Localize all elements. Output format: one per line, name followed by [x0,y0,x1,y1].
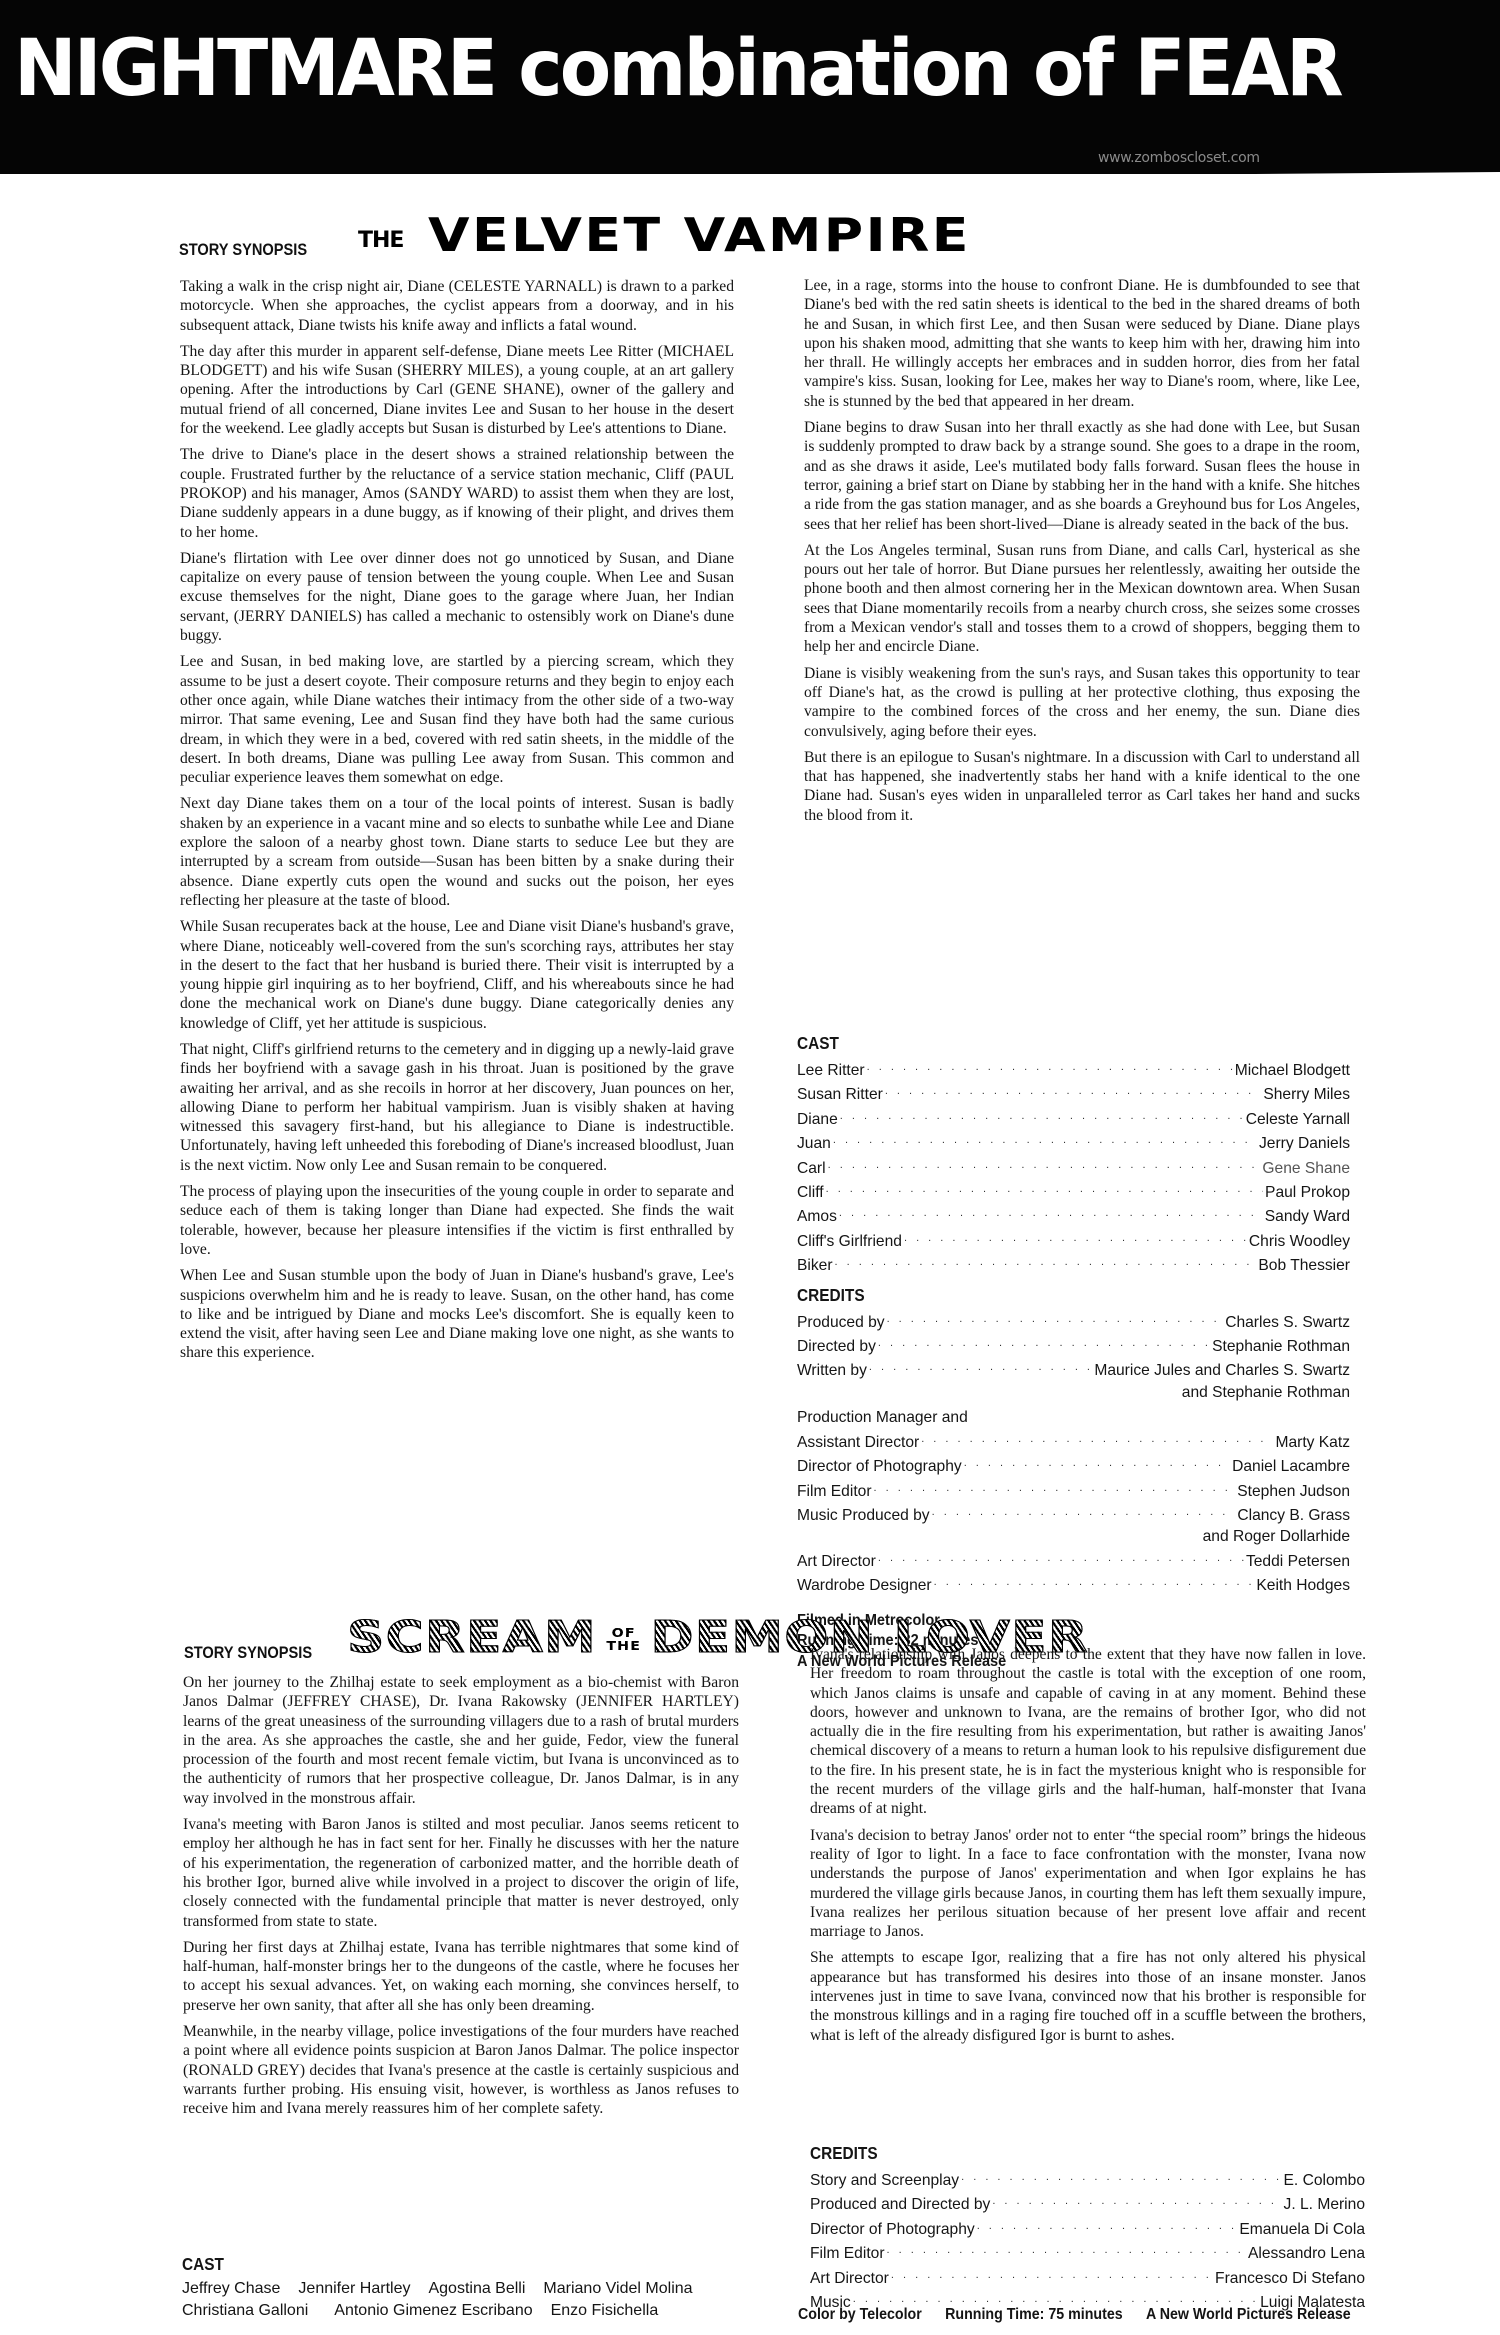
synopsis-paragraph: Taking a walk in the crisp night air, Di… [180,277,734,335]
credit-person: Charles S. Swartz [1225,1312,1350,1333]
cast-row: CliffPaul Prokop [797,1179,1350,1203]
credit-person: Francesco Di Stefano [1215,2268,1365,2289]
dot-leader [833,1130,1257,1151]
credit-role: Art Director [797,1551,876,1572]
cast-actor: Jennifer Hartley [298,2278,410,2300]
story-synopsis-label: STORY SYNOPSIS [184,1643,312,1663]
cast-actor: Chris Woodley [1249,1231,1350,1252]
credit-role: Directed by [797,1336,876,1357]
credit-person: Clancy B. Grass [1237,1505,1350,1526]
dot-leader [840,1106,1244,1127]
credit-continuation: and Roger Dollarhide [797,1526,1350,1547]
cast-actor: Mariano Videl Molina [543,2278,692,2300]
watermark-url: www.zomboscloset.com [1098,150,1260,166]
cast-row: JuanJerry Daniels [797,1130,1350,1154]
dot-leader [828,1155,1261,1176]
cast-role: Juan [797,1133,831,1154]
dot-leader [878,1548,1244,1569]
cast-actor: Celeste Yarnall [1246,1109,1350,1130]
credit-person: Maurice Jules and Charles S. Swartz [1094,1360,1350,1381]
film-title-velvet-vampire: VELVET VAMPIRE [428,213,971,259]
cast-role: Lee Ritter [797,1060,865,1081]
distributor-release: A New World Pictures Release [1146,2306,1351,2323]
synopsis-paragraph: Lee and Susan, in bed making love, are s… [180,652,734,787]
credit-person: Emanuela Di Cola [1239,2219,1365,2240]
credit-row: Assistant DirectorMarty Katz [797,1429,1350,1453]
credit-person: Stephen Judson [1237,1481,1350,1502]
credit-person: Alessandro Lena [1248,2243,1365,2264]
synopsis-paragraph: While Susan recuperates back at the hous… [180,917,734,1033]
cast-row: Susan RitterSherry Miles [797,1081,1350,1105]
synopsis-paragraph: Ivana's relationship with Janos deepens … [810,1645,1366,1819]
cast-actor: Enzo Fisichella [551,2300,659,2322]
dot-leader [885,1081,1262,1102]
running-time: Running Time: 75 minutes [945,2306,1122,2323]
cast-role: Susan Ritter [797,1084,883,1105]
credit-role: Written by [797,1360,867,1381]
dot-leader [904,1228,1247,1249]
synopsis-paragraph: Ivana's decision to betray Janos' order … [810,1826,1366,1942]
credit-row: Written byMaurice Jules and Charles S. S… [797,1357,1350,1381]
dot-leader [839,1203,1263,1224]
title-the: THE [606,1639,641,1653]
credits-heading: CREDITS [797,1285,1284,1306]
cast-list: Jeffrey ChaseJennifer HartleyAgostina Be… [182,2278,802,2322]
credit-role: Produced by [797,1312,885,1333]
dot-leader [961,2167,1281,2188]
credit-person: Daniel Lacambre [1232,1456,1350,1477]
credit-person: E. Colombo [1284,2170,1365,2191]
credit-role: Assistant Director [797,1432,919,1453]
credit-role: Story and Screenplay [810,2170,959,2191]
synopsis-paragraph: But there is an epilogue to Susan's nigh… [804,748,1360,825]
story-synopsis-label: STORY SYNOPSIS [179,240,307,260]
synopsis-paragraph: During her first days at Zhilhaj estate,… [183,1938,739,2015]
credit-row: Film EditorAlessandro Lena [810,2240,1365,2264]
dot-leader [869,1357,1092,1378]
credit-person: J. L. Merino [1284,2194,1365,2215]
synopsis-paragraph: Meanwhile, in the nearby village, police… [183,2022,739,2118]
synopsis-paragraph: On her journey to the Zhilhaj estate to … [183,1673,739,1808]
credit-role: Art Director [810,2268,889,2289]
credits-list: Story and ScreenplayE. Colombo Produced … [810,2167,1365,2313]
credit-continuation: and Stephanie Rothman [797,1382,1350,1403]
cast-role: Cliff's Girlfriend [797,1231,902,1252]
cast-role: Carl [797,1158,826,1179]
cast-role: Amos [797,1206,837,1227]
title-of-the: OFTHE [606,1627,641,1653]
scream-cast: CAST Jeffrey ChaseJennifer HartleyAgosti… [182,2254,802,2322]
credit-person: Teddi Petersen [1246,1551,1350,1572]
credit-role: Film Editor [810,2243,885,2264]
title-of: OF [612,1626,636,1640]
dot-leader [891,2265,1213,2286]
cast-actor: Agostina Belli [428,2278,525,2300]
synopsis-paragraph: Diane is visibly weakening from the sun'… [804,664,1360,741]
scream-tech-line: Color by TelecolorRunning Time: 75 minut… [798,2306,1351,2324]
dot-leader [887,2240,1246,2261]
credit-role: Director of Photography [797,1456,962,1477]
title-article: THE [358,228,403,253]
synopsis-paragraph: Ivana's meeting with Baron Janos is stil… [183,1815,739,1931]
synopsis-paragraph: The day after this murder in apparent se… [180,342,734,438]
cast-row: BikerBob Thessier [797,1252,1350,1276]
synopsis-paragraph: At the Los Angeles terminal, Susan runs … [804,541,1360,657]
cast-actor: Antonio Gimenez Escribano [334,2300,532,2322]
cast-list: Lee RitterMichael Blodgett Susan RitterS… [797,1057,1350,1277]
synopsis-paragraph: The drive to Diane's place in the desert… [180,445,734,541]
cast-actor: Bob Thessier [1258,1255,1350,1276]
credit-row: Produced and Directed byJ. L. Merino [810,2191,1365,2215]
synopsis-paragraph: Lee, in a rage, storms into the house to… [804,276,1360,411]
title-part-scream: SCREAM [347,1612,597,1663]
credit-role: Wardrobe Designer [797,1575,932,1596]
cast-actor: Gene Shane [1262,1158,1350,1179]
credit-role: Film Editor [797,1481,872,1502]
credit-row: Music Produced byClancy B. Grass [797,1502,1350,1526]
credit-row: Director of PhotographyEmanuela Di Cola [810,2216,1365,2240]
cast-heading: CAST [797,1033,1284,1054]
scream-synopsis-right: Ivana's relationship with Janos deepens … [810,1645,1366,2052]
credits-list: Produced byCharles S. Swartz Directed by… [797,1309,1350,1597]
credit-row: Director of PhotographyDaniel Lacambre [797,1453,1350,1477]
cast-role: Cliff [797,1182,824,1203]
synopsis-paragraph: That night, Cliff's girlfriend returns t… [180,1040,734,1175]
synopsis-paragraph: When Lee and Susan stumble upon the body… [180,1266,734,1362]
dot-leader [932,1502,1236,1523]
cast-row: DianeCeleste Yarnall [797,1106,1350,1130]
velvet-vampire-synopsis-left: Taking a walk in the crisp night air, Di… [180,277,734,1370]
credits-heading: CREDITS [810,2143,1298,2164]
cast-row: Jeffrey ChaseJennifer HartleyAgostina Be… [182,2278,802,2300]
dot-leader [921,1429,1273,1450]
velvet-vampire-synopsis-right: Lee, in a rage, storms into the house to… [804,276,1360,832]
cast-row: Christiana GalloniAntonio Gimenez Escrib… [182,2300,802,2322]
dot-leader [826,1179,1263,1200]
synopsis-paragraph: Next day Diane takes them on a tour of t… [180,794,734,910]
cast-actor: Sherry Miles [1263,1084,1350,1105]
cast-role: Diane [797,1109,838,1130]
credit-role: Produced and Directed by [810,2194,990,2215]
credit-person: Stephanie Rothman [1212,1336,1350,1357]
cast-actor: Jeffrey Chase [182,2278,280,2300]
dot-leader [874,1478,1236,1499]
cast-row: Lee RitterMichael Blodgett [797,1057,1350,1081]
dot-leader [878,1333,1210,1354]
cast-actor: Jerry Daniels [1259,1133,1350,1154]
dot-leader [867,1057,1233,1078]
credit-person: Keith Hodges [1256,1575,1350,1596]
cast-row: AmosSandy Ward [797,1203,1350,1227]
credit-row: Wardrobe DesignerKeith Hodges [797,1572,1350,1596]
credit-row: Film EditorStephen Judson [797,1478,1350,1502]
credit-row: Art DirectorFrancesco Di Stefano [810,2265,1365,2289]
cast-actor: Paul Prokop [1265,1182,1350,1203]
cast-actor: Sandy Ward [1265,1206,1350,1227]
scream-credits: CREDITS Story and ScreenplayE. Colombo P… [810,2143,1365,2313]
cast-actor: Christiana Galloni [182,2300,308,2322]
velvet-vampire-cast-credits: CAST Lee RitterMichael Blodgett Susan Ri… [797,1033,1350,1672]
dot-leader [964,1453,1230,1474]
dot-leader [992,2191,1281,2212]
cast-row: CarlGene Shane [797,1155,1350,1179]
synopsis-paragraph: She attempts to escape Igor, realizing t… [810,1948,1366,2044]
banner-headline: NIGHTMARE combination of FEAR [14,30,1341,108]
dot-leader [887,1309,1224,1330]
cast-heading: CAST [182,2254,728,2275]
scream-synopsis-left: On her journey to the Zhilhaj estate to … [183,1673,739,2126]
credit-role: Director of Photography [810,2219,975,2240]
dot-leader [977,2216,1238,2237]
synopsis-paragraph: Diane begins to draw Susan into her thra… [804,418,1360,534]
cast-row: Cliff's GirlfriendChris Woodley [797,1228,1350,1252]
credit-role: Music Produced by [797,1505,930,1526]
credit-row: Story and ScreenplayE. Colombo [810,2167,1365,2191]
synopsis-paragraph: The process of playing upon the insecuri… [180,1182,734,1259]
credit-row: Art DirectorTeddi Petersen [797,1548,1350,1572]
dot-leader [835,1252,1257,1273]
cast-actor: Michael Blodgett [1235,1060,1350,1081]
dot-leader [934,1572,1255,1593]
credit-row: Directed byStephanie Rothman [797,1333,1350,1357]
cast-role: Biker [797,1255,833,1276]
color-process: Color by Telecolor [798,2306,922,2323]
credit-person: Marty Katz [1275,1432,1350,1453]
credit-role-line: Production Manager and [797,1407,1350,1428]
credit-row: Produced byCharles S. Swartz [797,1309,1350,1333]
synopsis-paragraph: Diane's flirtation with Lee over dinner … [180,549,734,645]
